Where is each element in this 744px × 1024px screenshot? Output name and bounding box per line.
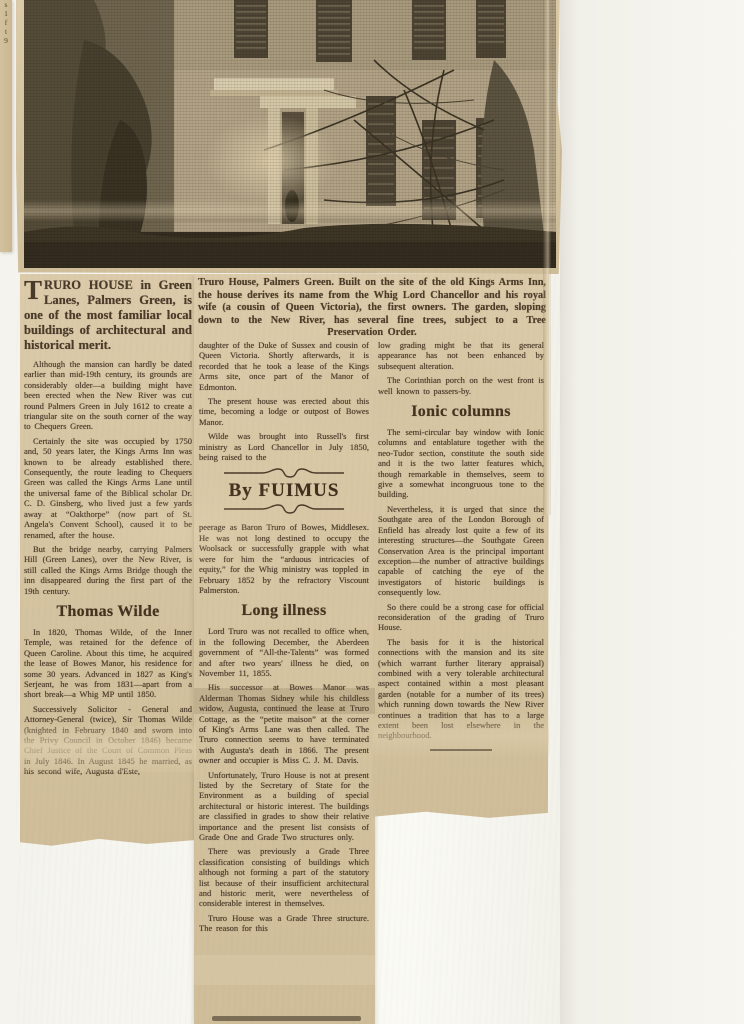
paragraph: Nevertheless, it is urged that since the…: [378, 504, 544, 598]
paragraph: peerage as Baron Truro of Bowes, Middles…: [199, 522, 369, 595]
flourish-rule-top: [224, 468, 344, 478]
paragraph: Wilde was brought into Russell's first m…: [199, 431, 369, 462]
paragraph: There was previously a Grade Three class…: [199, 846, 369, 908]
figure-at-door: [285, 190, 299, 222]
edge-fragment: s: [0, 0, 12, 9]
torn-edge-strip: s 1 f t 9: [0, 0, 12, 252]
byline-fuimus: By FUIMUS: [199, 480, 369, 502]
scan-edge-shadow: [560, 0, 578, 1024]
paragraph: Truro House was a Grade Three structure.…: [199, 913, 369, 934]
flourish-rule-bottom: [224, 504, 344, 514]
paragraph: In 1820, Thomas Wilde, of the Inner Temp…: [24, 627, 192, 700]
photo-clipping-piece: [16, 0, 562, 274]
paragraph: Lord Truro was not recalled to office wh…: [199, 626, 369, 678]
truro-house-photo: [24, 0, 556, 268]
edge-fragment: t: [0, 27, 12, 36]
paragraph: low grading might be that its general ap…: [378, 340, 544, 371]
drop-cap: T: [24, 278, 44, 302]
photo-caption: Truro House, Palmers Green. Built on the…: [198, 277, 546, 340]
lead-paragraph: TRURO HOUSE in Green Lanes, Palmers Gree…: [24, 278, 192, 353]
edge-fragment: 9: [0, 36, 12, 45]
paragraph: The semi-circular bay window with Ionic …: [378, 427, 544, 500]
paragraph: His successor at Bowes Manor was Alderma…: [199, 682, 369, 765]
column3-paper: low grading might be that its general ap…: [373, 274, 549, 820]
byline-block: By FUIMUS: [199, 468, 369, 514]
subhead-thomas-wilde: Thomas Wilde: [24, 603, 192, 621]
edge-fragment: 1: [0, 9, 12, 18]
scanned-newspaper-clipping: TRURO HOUSE in Green Lanes, Palmers Gree…: [0, 0, 744, 1024]
paragraph: Certainly the site was occupied by 1750 …: [24, 436, 192, 540]
column1-paper: TRURO HOUSE in Green Lanes, Palmers Gree…: [20, 274, 196, 848]
paragraph: Successively Solicitor - General and Att…: [24, 704, 192, 777]
subhead-ionic-columns: Ionic columns: [378, 403, 544, 421]
paragraph: Although the mansion can hardly be dated…: [24, 359, 192, 432]
column2-paper: daughter of the Duke of Sussex and cousi…: [194, 274, 375, 1024]
paragraph: The basis for it is the historical conne…: [378, 637, 544, 741]
paragraph: daughter of the Duke of Sussex and cousi…: [199, 340, 369, 392]
paragraph: So there could be a strong case for offi…: [378, 602, 544, 633]
cut-off-text-line: [212, 1016, 361, 1021]
paragraph: But the bridge nearby, carrying Palmers …: [24, 544, 192, 596]
article-end-rule: [430, 749, 492, 751]
edge-fragment: f: [0, 18, 12, 27]
paragraph: The Corinthian porch on the west front i…: [378, 375, 544, 396]
subhead-long-illness: Long illness: [199, 602, 369, 620]
paragraph: The present house was erected about this…: [199, 396, 369, 427]
paragraph: Unfortunately, Truro House is not at pre…: [199, 770, 369, 843]
